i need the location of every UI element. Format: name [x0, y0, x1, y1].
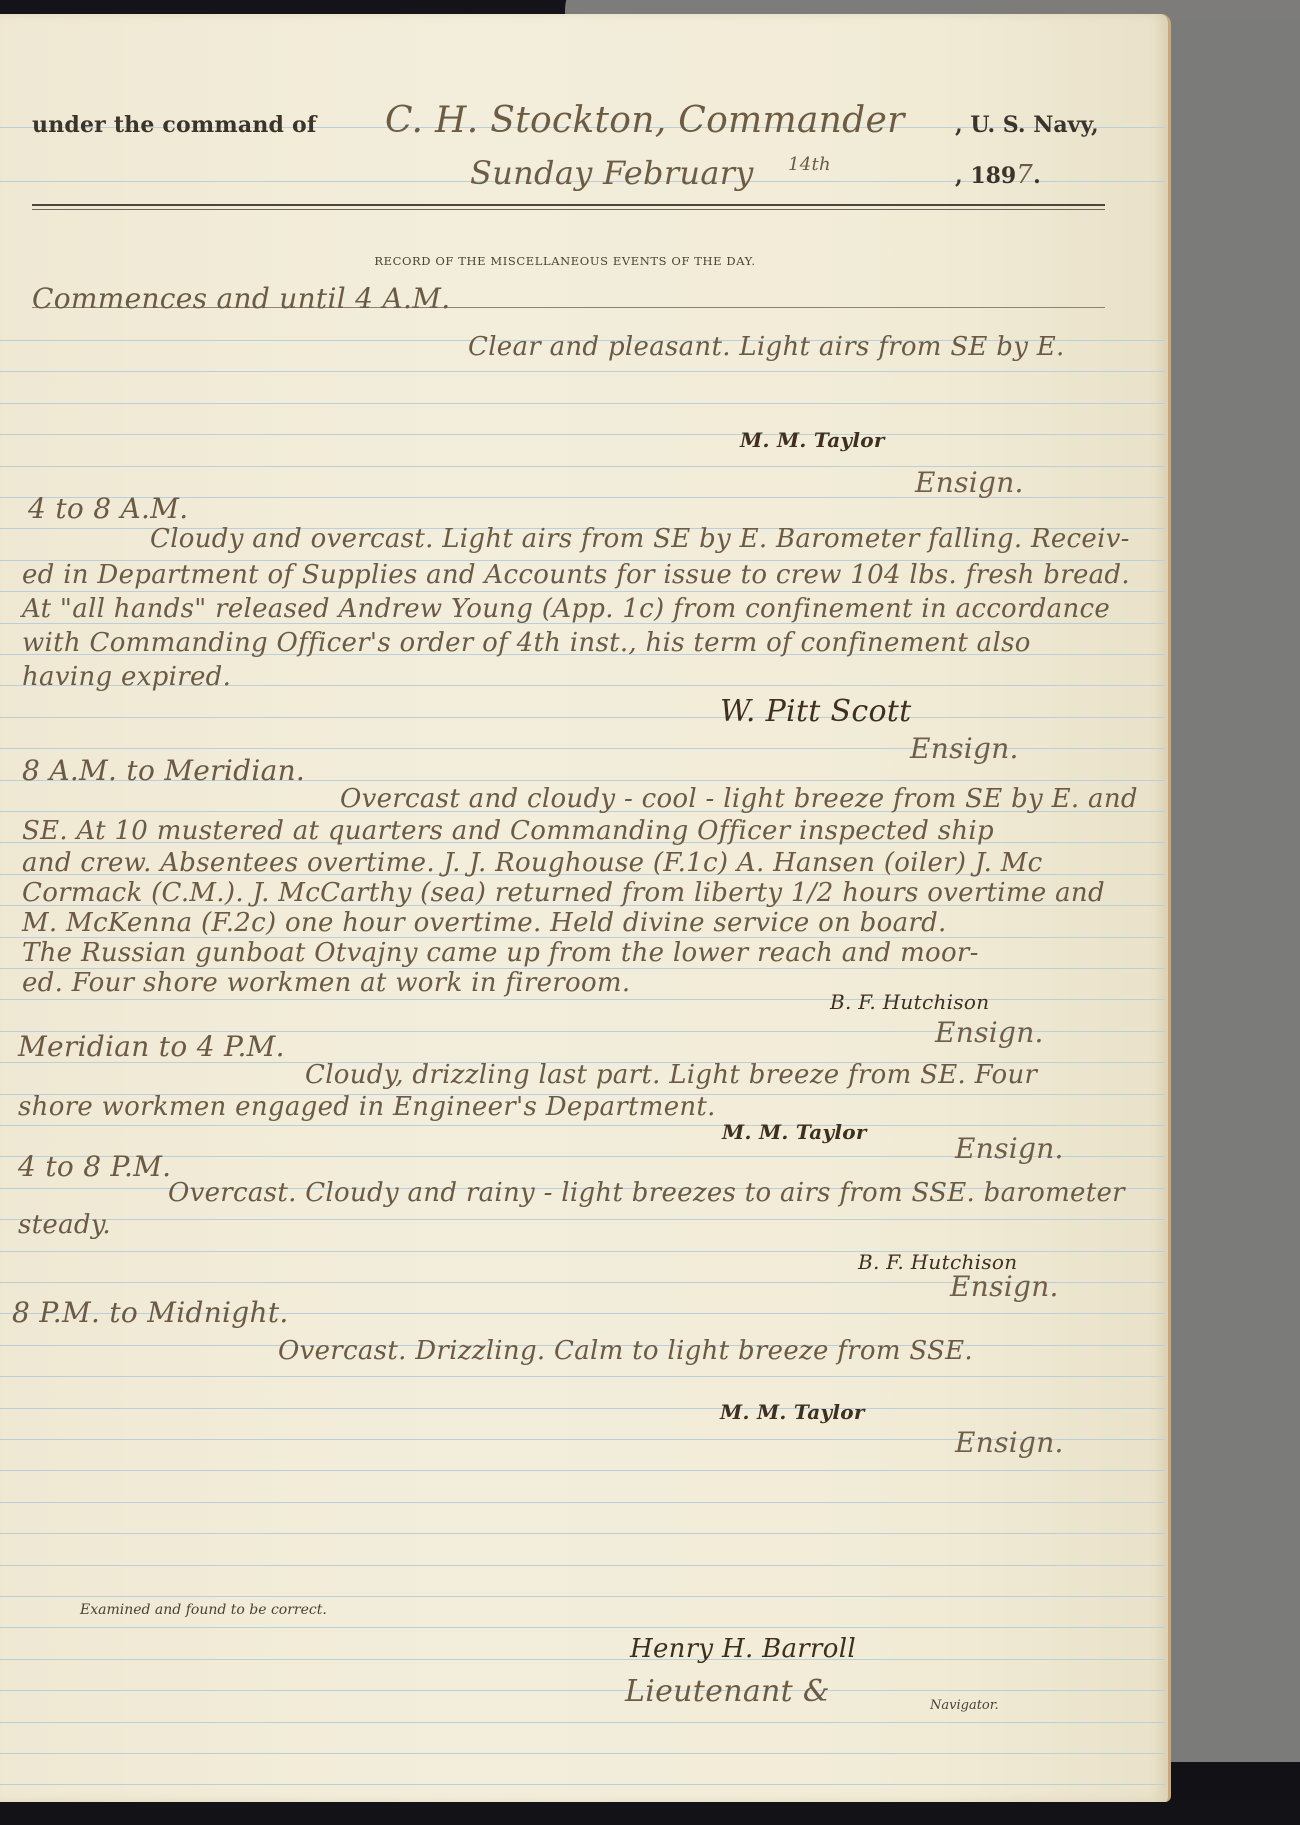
entry-text: steady.	[18, 1210, 111, 1240]
ruled-line	[0, 999, 1165, 1000]
ruled-line	[0, 1659, 1165, 1660]
examined-label: Examined and found to be correct.	[80, 1602, 327, 1618]
ruled-line	[0, 434, 1165, 435]
under-command-label: under the command of	[32, 112, 317, 138]
entry-text: Overcast. Drizzling. Calm to light breez…	[278, 1336, 973, 1366]
entry-label: 8 A.M. to Meridian.	[22, 754, 305, 787]
entry-rank: Ensign.	[935, 1016, 1044, 1049]
entry-text: SE. At 10 mustered at quarters and Comma…	[22, 816, 994, 846]
entry-text: The Russian gunboat Otvajny came up from…	[22, 938, 979, 968]
entry-rank: Ensign.	[910, 732, 1019, 765]
entry-text: Overcast. Cloudy and rainy - light breez…	[168, 1178, 1125, 1208]
ruled-line	[0, 403, 1165, 404]
ruled-line	[0, 1408, 1165, 1409]
ruled-line	[0, 1753, 1165, 1754]
entry-label: 4 to 8 A.M.	[28, 492, 188, 525]
entry-text: At "all hands" released Andrew Young (Ap…	[22, 594, 1110, 624]
entry-text: and crew. Absentees overtime. J. J. Roug…	[22, 848, 1043, 878]
navigator-rank: Lieutenant &	[625, 1674, 830, 1709]
year-label: , 1897.	[955, 160, 1041, 190]
entry-signature: M. M. Taylor	[720, 1400, 865, 1424]
logbook-page: under the command of C. H. Stockton, Com…	[0, 14, 1171, 1802]
ruled-line	[0, 371, 1165, 372]
entry-signature: M. M. Taylor	[722, 1120, 867, 1144]
ruled-line	[0, 1219, 1165, 1220]
ruled-line	[0, 1627, 1165, 1628]
entry-text: shore workmen engaged in Engineer's Depa…	[18, 1092, 716, 1122]
ruled-line	[0, 717, 1165, 718]
record-title: RECORD OF THE MISCELLANEOUS EVENTS OF TH…	[0, 254, 1130, 268]
entry-label: Meridian to 4 P.M.	[18, 1030, 285, 1063]
commander-name: C. H. Stockton, Commander	[385, 100, 905, 141]
navigator-label: Navigator.	[930, 1698, 999, 1713]
navigator-signature: Henry H. Barroll	[630, 1634, 856, 1664]
entry-text: M. McKenna (F.2c) one hour overtime. Hel…	[22, 908, 947, 938]
ruled-line	[0, 1784, 1165, 1785]
entry-signature: W. Pitt Scott	[720, 694, 912, 729]
header-double-rule	[32, 204, 1105, 206]
ruled-line	[0, 1376, 1165, 1377]
year-prefix: , 189	[955, 163, 1016, 189]
entry-rank: Ensign.	[955, 1132, 1064, 1165]
day-date: Sunday February	[470, 154, 754, 192]
year-digit: 7	[1016, 160, 1033, 190]
ruled-line	[0, 591, 1165, 592]
navy-label: , U. S. Navy,	[955, 112, 1099, 138]
entry-text: having expired.	[22, 662, 231, 692]
ruled-line	[0, 1565, 1165, 1566]
entry-text: ed. Four shore workmen at work in firero…	[22, 968, 630, 998]
ruled-line	[0, 1596, 1165, 1597]
header-double-rule	[32, 209, 1105, 210]
ruled-line	[0, 1470, 1165, 1471]
entry-text: Cloudy and overcast. Light airs from SE …	[150, 524, 1130, 554]
day-ordinal: 14th	[788, 154, 831, 175]
entry-text: ed in Department of Supplies and Account…	[22, 560, 1130, 590]
ruled-line	[0, 1502, 1165, 1503]
entry-text: Clear and pleasant. Light airs from SE b…	[468, 332, 1065, 362]
entry-label: 4 to 8 P.M.	[18, 1150, 171, 1183]
ruled-line	[0, 1690, 1165, 1691]
entry-signature: M. M. Taylor	[740, 428, 885, 452]
entry-text: Cormack (C.M.). J. McCarthy (sea) return…	[22, 878, 1105, 908]
entry-text: Cloudy, drizzling last part. Light breez…	[305, 1060, 1037, 1090]
ruled-line	[0, 1125, 1165, 1126]
entry-label: Commences and until 4 A.M.	[32, 282, 450, 315]
ruled-line	[0, 1533, 1165, 1534]
entry-label: 8 P.M. to Midnight.	[12, 1296, 289, 1329]
entry-text: with Commanding Officer's order of 4th i…	[22, 628, 1031, 658]
entry-rank: Ensign.	[955, 1426, 1064, 1459]
entry-rank: Ensign.	[915, 466, 1024, 499]
scan-background-bottom	[0, 1800, 1300, 1825]
year-suffix: .	[1033, 163, 1041, 189]
entry-text: Overcast and cloudy - cool - light breez…	[340, 784, 1138, 814]
entry-signature: B. F. Hutchison	[830, 990, 989, 1014]
entry-rank: Ensign.	[950, 1270, 1059, 1303]
ruled-line	[0, 1722, 1165, 1723]
